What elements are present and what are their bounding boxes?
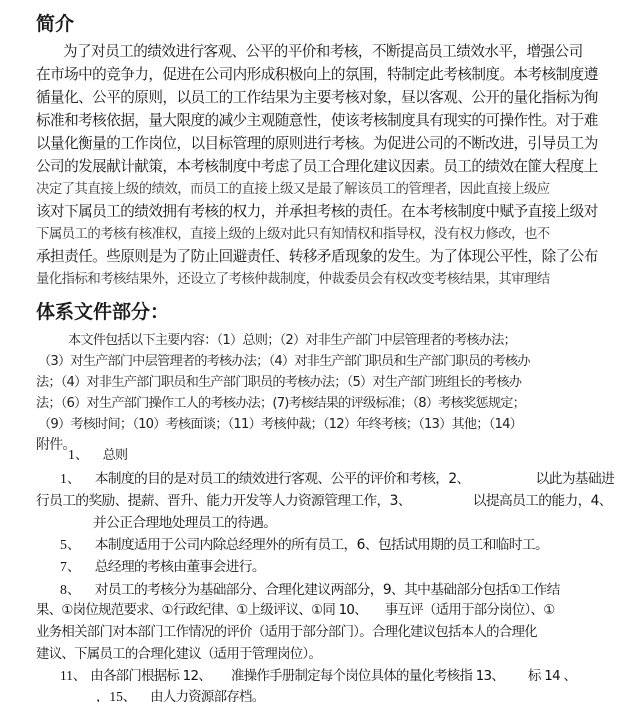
intro-line: 标准和考核依据，量大限度的减少主观随意性，使该考核制度具有现实的可操作性。对于难 [36,109,598,130]
rule-item: 5、本制度适用于公司内除总经理外的所有员工，6、包括试用期的员工和临时工。 [60,533,548,553]
rule-item: 8、对员工的考核分为基础部分、合理化建议两部分，9、其中基础部分包括①工作结 [60,578,560,598]
document-page: 简介 为了对员工的绩效进行客观、公平的平价和考核，不断提高员工绩效水平，增强公司… [0,0,623,702]
intro-line: 公司的发展献计献策，本考核制度中考虑了员工合理化建议因素。员工的绩效在篚大程度上 [36,155,598,176]
rule-item: 11、由各部门根据标 12、准操作手册制定每个岗位具体的量化考核指 13、标 1… [60,665,576,684]
section-heading-system: 体系文件部分： [36,297,169,324]
intro-line: 承担责任。些原则是为了防止回避责任、转移矛盾现象的发生。为了体现公平性，除了公布 [36,245,598,266]
system-line: 法；（4）对非生产部门职员和生产部门职员的考核办法；（5）对生产部门班组长的考核… [36,371,521,390]
intro-line: 下属员工的考核有核准权，直接上级的上级对此只有知情权和指导权，没有权力修改，也不 [36,223,550,242]
chapter-number: 1、 [68,447,89,462]
intro-line: 以量化衡量的工作岗位，以目标管理的原则进行考核。为促进公司的不断改进，引导员工为 [36,132,598,153]
intro-line: 决定了其直接上级的绩效，而员工的直接上级又是最了解该员工的管理者，因此直接上级应 [36,178,550,197]
intro-line: 该对下属员工的绩效拥有考核的权力，并承担考核的责任。在本考核制度中赋予直接上级对 [36,200,598,221]
chapter-name: 总则 [103,448,128,463]
rule-item: 1、本制度的目的是对员工的绩效进行客观、公平的评价和考核，2、以此为基础进 [60,467,614,487]
system-line: 法；（6）对生产部门操作工人的考核办法；(7)考核结果的评级标准；（8）考核奖惩… [36,392,525,411]
system-line: 本文件包括以下主要内容：（1）总则；（2）对非生产部门中层管理者的考核办法； [68,329,516,348]
section-heading-intro: 简介 [36,9,74,36]
rule-item: ，15、由人力资源部存档。 [96,686,264,702]
intro-line: 在市场中的竞争力，促进在公司内形成积极向上的氛围，特制定此考核制度。本考核制度遵 [36,63,598,84]
intro-line: 循量化、公平的原则，以员工的工作结果为主要考核对象，昼以客观、公开的量化指标为徇 [36,86,598,107]
rule-item: 7、总经理的考核由董事会进行。 [60,555,265,575]
system-line: （3）对生产部门中层管理者的考核办法；（4）对非生产部门职员和生产部门职员的考核… [38,350,530,369]
rule-item: 业务相关部门对本部门工作情况的评价（适用于部分部门）。合理化建议包括本人的合理化 [36,621,537,640]
intro-line: 量化指标和考核结果外，还设立了考核仲裁制度，仲裁委员会有权改变考核结果，其审理结 [36,268,550,287]
chapter-title: 1、总则 [68,443,127,463]
rule-item: 并公正合理地处理员工的待遇。 [93,511,276,531]
system-line: （9）考核时间；（10）考核面谈；（11）考核仲裁；（12）年终考核；（13）其… [38,413,522,432]
rule-item: 果、①岗位规范要求、①行政纪律、①上级评议、①同 10、事互评（适用于部分岗位）… [36,599,555,618]
intro-line: 为了对员工的绩效进行客观、公平的平价和考核，不断提高员工绩效水平，增强公司 [63,40,583,61]
rule-item: 行员工的奖励、提薪、晋升、能力开发等人力资源管理工作，3、以提高员工的能力，4、 [36,489,612,509]
rule-item: 建议、下属员工的合理化建议（适用于管理岗位）。 [36,643,321,662]
